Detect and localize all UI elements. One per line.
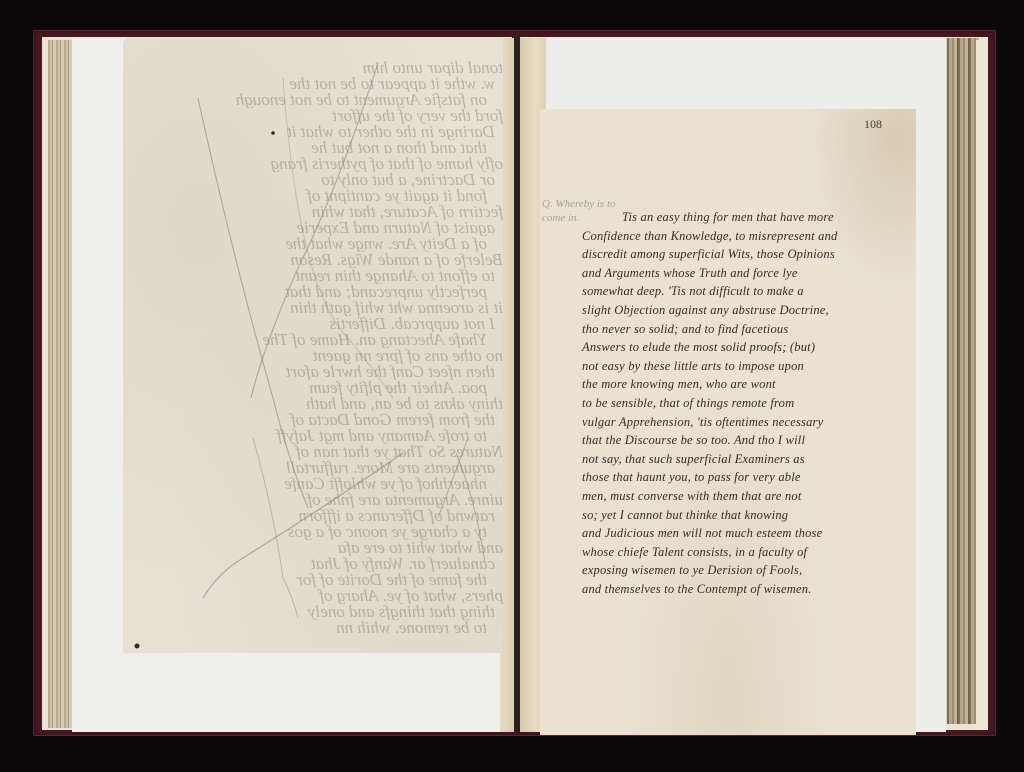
manuscript-line: exposing wisemen to ye Derision of Fools… [582, 563, 918, 582]
manuscript-line: that the Discourse be so too. And tho I … [582, 433, 918, 452]
manuscript-leaf-right: 108 Q. Whereby is to come in. Tis an eas… [540, 109, 916, 735]
manuscript-line: and themselves to the Contempt of wiseme… [582, 582, 918, 601]
manuscript-text: Tis an easy thing for men that have more… [582, 210, 918, 600]
manuscript-line: and Arguments whose Truth and force lye [582, 266, 918, 285]
manuscript-line: not say, that such superficial Examiners… [582, 452, 918, 471]
pencil-cancellation-marks [123, 38, 503, 653]
manuscript-line: tho never so solid; and to find facetiou… [582, 322, 918, 341]
manuscript-line: not easy by these little arts to impose … [582, 359, 918, 378]
manuscript-line: discredit among superficial Wits, those … [582, 247, 918, 266]
manuscript-line: so; yet I cannot but thinke that knowing [582, 508, 918, 527]
manuscript-line: men, must converse with them that are no… [582, 489, 918, 508]
manuscript-line: and Judicious men will not much esteem t… [582, 526, 918, 545]
page-edges-left [48, 40, 74, 728]
manuscript-line: somewhat deep. 'Tis not difficult to mak… [582, 284, 918, 303]
folio-number: 108 [864, 117, 882, 132]
manuscript-line: vulgar Apprehension, 'tis oftentimes nec… [582, 415, 918, 434]
manuscript-line: those that haunt you, to pass for very a… [582, 470, 918, 489]
manuscript-line: slight Objection against any abstruse Do… [582, 303, 918, 322]
manuscript-line: whose chiefe Talent consists, in a facul… [582, 545, 918, 564]
manuscript-line: Confidence than Knowledge, to misreprese… [582, 229, 918, 248]
manuscript-line: Tis an easy thing for men that have more [582, 210, 918, 229]
manuscript-leaf-left: tonal dipar unto himw. wthe it appear to… [123, 38, 503, 653]
page-edges-right [946, 38, 979, 724]
manuscript-line: to be sensible, that of things remote fr… [582, 396, 918, 415]
manuscript-line: the more knowing men, who are wont [582, 377, 918, 396]
endpaper-lip-right [976, 40, 984, 730]
manuscript-line: Answers to elude the most solid proofs; … [582, 340, 918, 359]
